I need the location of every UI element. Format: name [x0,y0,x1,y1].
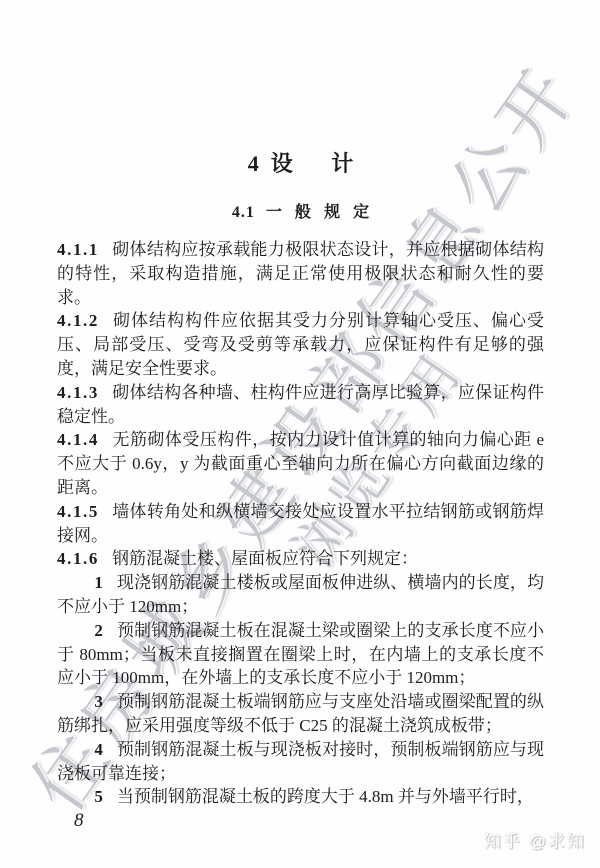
clause-text: 砌体结构构件应依据其受力分别计算轴心受压、偏心受压、局部受压、受弯及受剪等承载力… [57,311,544,378]
item-text: 预制钢筋混凝土板端钢筋应与支座处沿墙或圈梁配置的纵筋绑扎，应采用强度等级不低于 … [57,692,544,735]
chapter-number: 4 [248,151,259,176]
item-number: 5 [94,787,103,806]
item-text: 现浇钢筋混凝土楼板或屋面板伸进纵、横墙内的长度，均不应小于 120mm； [57,573,544,616]
item-number: 1 [94,573,103,592]
zhihu-credit: 知乎 @求知 [484,827,586,852]
item-number: 4 [94,740,103,759]
chapter-heading: 4设计 [57,149,544,179]
chapter-title: 设计 [271,151,392,176]
clause-4-1-6: 4.1.6钢筋混凝土楼、屋面板应符合下列规定： [57,547,544,571]
clause-text: 砌体结构应按承载能力极限状态设计，并应根据砌体结构的特性，采取构造措施，满足正常… [57,240,544,307]
clause-text: 砌体结构各种墙、柱构件应进行高厚比验算，应保证构件稳定性。 [57,383,544,426]
clause-4-1-3: 4.1.3砌体结构各种墙、柱构件应进行高厚比验算，应保证构件稳定性。 [57,381,544,429]
clause-number: 4.1.3 [57,383,99,402]
clause-item-3: 3预制钢筋混凝土板端钢筋应与支座处沿墙或圈梁配置的纵筋绑扎，应采用强度等级不低于… [57,690,544,738]
clause-number: 4.1.5 [57,502,99,521]
clause-number: 4.1.2 [57,311,99,330]
page-content: 4设计 4.1一般规定 4.1.1砌体结构应按承载能力极限状态设计，并应根据砌体… [57,0,544,809]
clauses-block: 4.1.1砌体结构应按承载能力极限状态设计，并应根据砌体结构的特性，采取构造措施… [57,238,544,809]
clause-number: 4.1.6 [57,549,99,568]
clause-4-1-2: 4.1.2砌体结构构件应依据其受力分别计算轴心受压、偏心受压、局部受压、受弯及受… [57,309,544,380]
section-number: 4.1 [232,204,255,221]
document-page: 住房城乡建设部信息公开 浏览专用 4设计 4.1一般规定 4.1.1砌体结构应按… [0,0,600,868]
section-heading: 4.1一般规定 [57,202,544,224]
item-text: 预制钢筋混凝土板与现浇板对接时，预制板端钢筋应与现浇板可靠连接； [57,740,544,783]
section-title: 一般规定 [266,204,382,221]
item-number: 3 [94,692,103,711]
clause-text: 无筋砌体受压构件，按内力设计值计算的轴向力偏心距 e 不应大于 0.6y，y 为… [57,430,544,497]
item-number: 2 [94,621,103,640]
clause-text: 墙体转角处和纵横墙交接处应设置水平拉结钢筋或钢筋焊接网。 [57,502,544,545]
clause-number: 4.1.1 [57,240,99,259]
clause-4-1-5: 4.1.5墙体转角处和纵横墙交接处应设置水平拉结钢筋或钢筋焊接网。 [57,500,544,548]
clause-text: 钢筋混凝土楼、屋面板应符合下列规定： [112,549,418,568]
clause-number: 4.1.4 [57,430,99,449]
clause-item-1: 1现浇钢筋混凝土楼板或屋面板伸进纵、横墙内的长度，均不应小于 120mm； [57,571,544,619]
clause-4-1-1: 4.1.1砌体结构应按承载能力极限状态设计，并应根据砌体结构的特性，采取构造措施… [57,238,544,309]
item-text: 当预制钢筋混凝土板的跨度大于 4.8m 并与外墙平行时， [117,787,534,806]
clause-item-4: 4预制钢筋混凝土板与现浇板对接时，预制板端钢筋应与现浇板可靠连接； [57,738,544,786]
clause-item-5: 5当预制钢筋混凝土板的跨度大于 4.8m 并与外墙平行时， [57,785,544,809]
page-number: 8 [74,810,84,832]
clause-item-2: 2预制钢筋混凝土板在混凝土梁或圈梁上的支承长度不应小于 80mm；当板未直接搁置… [57,619,544,690]
item-text: 预制钢筋混凝土板在混凝土梁或圈梁上的支承长度不应小于 80mm；当板未直接搁置在… [57,621,544,688]
clause-4-1-4: 4.1.4无筋砌体受压构件，按内力设计值计算的轴向力偏心距 e 不应大于 0.6… [57,428,544,499]
